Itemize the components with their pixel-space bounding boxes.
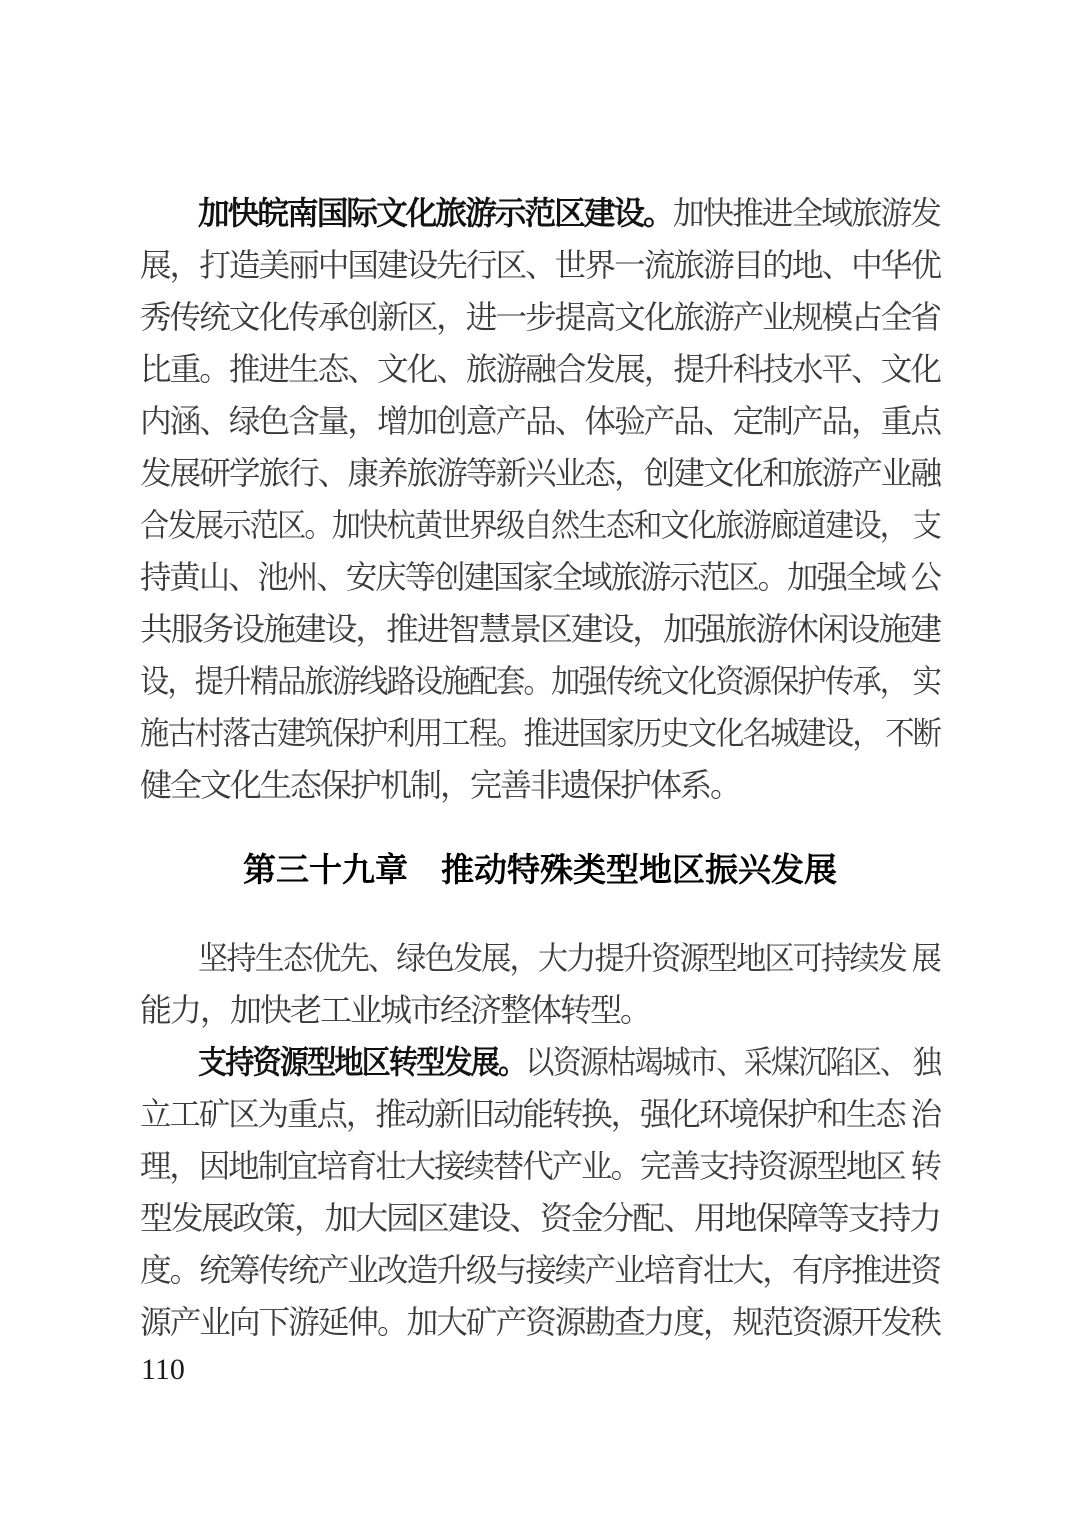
body-text: 健全文化生态保护机制，完善非遗保护体系。 <box>140 767 740 803</box>
body-text: 发展研学旅行、康养旅游等新兴业态，创建文化和旅游产业融 <box>140 455 940 491</box>
body-text: 秀传统文化传承创新区，进一步提高文化旅游产业规模占全省 <box>140 299 940 335</box>
text-line: 坚持生态优先、绿色发展，大力提升资源型地区可持续发 展 <box>140 932 940 984</box>
text-line: 持黄山、池州、安庆等创建国家全域旅游示范区。加强全域 公 <box>140 551 940 603</box>
text-line: 施古村落古建筑保护利用工程。推进国家历史文化名城建设， 不断 <box>140 707 940 759</box>
body-text: 施古村落古建筑保护利用工程。推进国家历史文化名城建设， 不断 <box>140 715 940 751</box>
text-line-content: 加快皖南国际文化旅游示范区建设。加快推进全域旅游发 <box>198 187 940 239</box>
body-text: 立工矿区为重点，推动新旧动能转换，强化环境保护和生态 治 <box>140 1096 940 1132</box>
body-text: 坚持生态优先、绿色发展，大力提升资源型地区可持续发 展 <box>198 940 940 976</box>
text-line: 立工矿区为重点，推动新旧动能转换，强化环境保护和生态 治 <box>140 1088 940 1140</box>
text-line: 内涵、绿色含量，增加创意产品、体验产品、定制产品，重点 <box>140 395 940 447</box>
text-line: 秀传统文化传承创新区，进一步提高文化旅游产业规模占全省 <box>140 291 940 343</box>
text-block: 加快皖南国际文化旅游示范区建设。加快推进全域旅游发展，打造美丽中国建设先行区、世… <box>140 187 940 1348</box>
text-line-content: 共服务设施建设，推进智慧景区建设，加强旅游休闲设施建 <box>140 603 940 655</box>
text-line: 设，提升精品旅游线路设施配套。加强传统文化资源保护传承， 实 <box>140 655 940 707</box>
body-text: 源产业向下游延伸。加大矿产资源勘查力度，规范资源开发秩 <box>140 1304 940 1340</box>
body-text: 共服务设施建设，推进智慧景区建设，加强旅游休闲设施建 <box>140 611 940 647</box>
text-line-content: 展，打造美丽中国建设先行区、世界一流旅游目的地、中华优 <box>140 239 940 291</box>
body-text: 设，提升精品旅游线路设施配套。加强传统文化资源保护传承， 实 <box>140 663 940 699</box>
text-line: 加快皖南国际文化旅游示范区建设。加快推进全域旅游发 <box>140 187 940 239</box>
para-wannan-culture-tourism: 加快皖南国际文化旅游示范区建设。加快推进全域旅游发展，打造美丽中国建设先行区、世… <box>140 187 940 811</box>
text-line-content: 立工矿区为重点，推动新旧动能转换，强化环境保护和生态 治 <box>140 1088 940 1140</box>
text-line: 型发展政策，加大园区建设、资金分配、用地保障等支持力 <box>140 1192 940 1244</box>
text-line: 共服务设施建设，推进智慧景区建设，加强旅游休闲设施建 <box>140 603 940 655</box>
bold-lead-text: 加快皖南国际文化旅游示范区建设。 <box>198 195 673 231</box>
text-line: 理，因地制宜培育壮大接续替代产业。完善支持资源型地区 转 <box>140 1140 940 1192</box>
text-line: 比重。推进生态、文化、旅游融合发展，提升科技水平、文化 <box>140 343 940 395</box>
body-text: 型发展政策，加大园区建设、资金分配、用地保障等支持力 <box>140 1200 940 1236</box>
text-line: 支持资源型地区转型发展。以资源枯竭城市、采煤沉陷区、 独 <box>140 1036 940 1088</box>
text-line-content: 源产业向下游延伸。加大矿产资源勘查力度，规范资源开发秩 <box>140 1296 940 1348</box>
text-line-content: 支持资源型地区转型发展。以资源枯竭城市、采煤沉陷区、 独 <box>198 1036 940 1088</box>
text-line-content: 施古村落古建筑保护利用工程。推进国家历史文化名城建设， 不断 <box>140 707 940 759</box>
page-number: 110 <box>141 1352 185 1388</box>
text-line: 源产业向下游延伸。加大矿产资源勘查力度，规范资源开发秩 <box>140 1296 940 1348</box>
document-page: 加快皖南国际文化旅游示范区建设。加快推进全域旅游发展，打造美丽中国建设先行区、世… <box>0 0 1080 1527</box>
text-line-content: 持黄山、池州、安庆等创建国家全域旅游示范区。加强全域 公 <box>140 551 940 603</box>
body-text: 展，打造美丽中国建设先行区、世界一流旅游目的地、中华优 <box>140 247 940 283</box>
text-line-content: 型发展政策，加大园区建设、资金分配、用地保障等支持力 <box>140 1192 940 1244</box>
body-text: 度。统筹传统产业改造升级与接续产业培育壮大，有序推进资 <box>140 1252 940 1288</box>
text-line-content: 度。统筹传统产业改造升级与接续产业培育壮大，有序推进资 <box>140 1244 940 1296</box>
para-ecology-priority: 坚持生态优先、绿色发展，大力提升资源型地区可持续发 展能力，加快老工业城市经济整… <box>140 932 940 1036</box>
para-resource-region-transition: 支持资源型地区转型发展。以资源枯竭城市、采煤沉陷区、 独立工矿区为重点，推动新旧… <box>140 1036 940 1348</box>
body-text: 理，因地制宜培育壮大接续替代产业。完善支持资源型地区 转 <box>140 1148 940 1184</box>
bold-lead-text: 支持资源型地区转型发展。 <box>198 1044 525 1080</box>
text-line-content: 理，因地制宜培育壮大接续替代产业。完善支持资源型地区 转 <box>140 1140 940 1192</box>
text-line-content: 合发展示范区。加快杭黄世界级自然生态和文化旅游廊道建设， 支 <box>140 499 940 551</box>
body-text: 比重。推进生态、文化、旅游融合发展，提升科技水平、文化 <box>140 351 940 387</box>
text-line-content: 比重。推进生态、文化、旅游融合发展，提升科技水平、文化 <box>140 343 940 395</box>
body-text: 持黄山、池州、安庆等创建国家全域旅游示范区。加强全域 公 <box>140 559 940 595</box>
body-text: 加快推进全域旅游发 <box>673 195 940 231</box>
chapter-39-heading: 第三十九章 推动特殊类型地区振兴发展 <box>140 844 940 896</box>
body-text: 内涵、绿色含量，增加创意产品、体验产品、定制产品，重点 <box>140 403 940 439</box>
text-line: 合发展示范区。加快杭黄世界级自然生态和文化旅游廊道建设， 支 <box>140 499 940 551</box>
text-line-content: 秀传统文化传承创新区，进一步提高文化旅游产业规模占全省 <box>140 291 940 343</box>
text-line: 发展研学旅行、康养旅游等新兴业态，创建文化和旅游产业融 <box>140 447 940 499</box>
text-line-content: 坚持生态优先、绿色发展，大力提升资源型地区可持续发 展 <box>198 932 940 984</box>
text-line-content: 能力，加快老工业城市经济整体转型。 <box>140 984 650 1036</box>
text-line: 度。统筹传统产业改造升级与接续产业培育壮大，有序推进资 <box>140 1244 940 1296</box>
text-line: 健全文化生态保护机制，完善非遗保护体系。 <box>140 759 940 811</box>
text-line: 展，打造美丽中国建设先行区、世界一流旅游目的地、中华优 <box>140 239 940 291</box>
text-line-content: 内涵、绿色含量，增加创意产品、体验产品、定制产品，重点 <box>140 395 940 447</box>
body-text: 以资源枯竭城市、采煤沉陷区、 独 <box>525 1044 940 1080</box>
text-line: 能力，加快老工业城市经济整体转型。 <box>140 984 940 1036</box>
text-line-content: 设，提升精品旅游线路设施配套。加强传统文化资源保护传承， 实 <box>140 655 940 707</box>
body-text: 能力，加快老工业城市经济整体转型。 <box>140 992 650 1028</box>
text-line-content: 健全文化生态保护机制，完善非遗保护体系。 <box>140 759 740 811</box>
body-text: 合发展示范区。加快杭黄世界级自然生态和文化旅游廊道建设， 支 <box>140 507 940 543</box>
text-line-content: 发展研学旅行、康养旅游等新兴业态，创建文化和旅游产业融 <box>140 447 940 499</box>
